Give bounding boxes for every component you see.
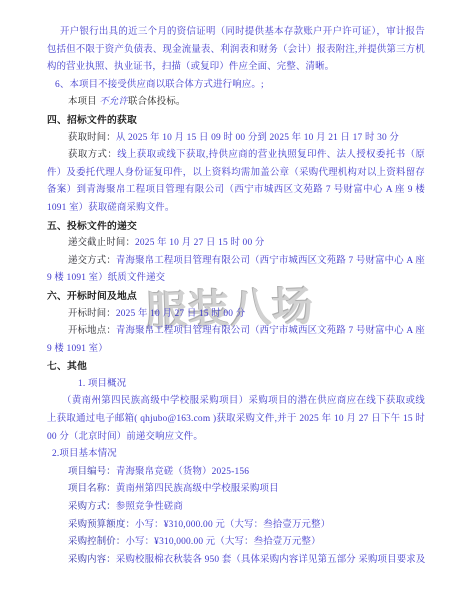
submit-method-label: 递交方式： <box>68 256 116 266</box>
field-procurement-method: 采购方式：参照竞争性磋商 <box>47 499 425 517</box>
project-name-value: 黄南州第四民族高级中学校服采购项目 <box>116 484 279 494</box>
field-project-name: 项目名称：黄南州第四民族高级中学校服采购项目 <box>47 481 425 499</box>
control-price-value: 小写：¥310,000.00 元（大写：叁拾壹万元整） <box>125 537 320 547</box>
open-time-label: 开标时间： <box>68 309 116 319</box>
procurement-method-label: 采购方式： <box>68 502 116 512</box>
project-number-label: 项目编号： <box>68 467 116 477</box>
open-time-value: 2025 年 10 月 27 日 15 时 00 分 <box>116 309 245 319</box>
joint-bid-prefix: 本项目 <box>68 97 97 107</box>
procurement-method-value: 参照竞争性磋商 <box>116 502 183 512</box>
section7-heading: 七、其他 <box>47 358 425 376</box>
deadline-value: 2025 年 10 月 27 日 15 时 00 分 <box>135 238 264 248</box>
obtain-method-label: 获取方式： <box>68 150 117 160</box>
field-control-price: 采购控制价：小写：¥310,000.00 元（大写：叁拾壹万元整） <box>47 534 425 552</box>
section4-heading: 四、招标文件的获取 <box>47 112 425 130</box>
deadline-label: 递交截止时间： <box>68 238 135 248</box>
project-basicinfo-title: 2.项目基本情况 <box>47 446 425 464</box>
obtain-time-label: 获取时间： <box>68 133 116 143</box>
section6-open-place: 开标地点：青海聚帛工程项目管理有限公司（西宁市城西区文苑路 7 号财富中心 A … <box>47 323 425 358</box>
joint-bid-suffix: 联合体投标。 <box>128 97 185 107</box>
document-page: 服装八场 开户银行出具的近三个月的资信证明（同时提供基本存款账户开户许可证），审… <box>0 0 450 600</box>
section5-deadline: 递交截止时间：2025 年 10 月 27 日 15 时 00 分 <box>47 235 425 253</box>
section6-heading: 六、开标时间及地点 <box>47 288 425 306</box>
open-place-label: 开标地点： <box>68 326 116 336</box>
paragraph-no-consortium: 6、本项目不接受供应商以联合体方式进行响应。; <box>47 77 425 95</box>
section4-obtain-method: 获取方式：线上获取或线下获取,持供应商的营业执照复印件、法人授权委托书（原件）及… <box>47 147 425 217</box>
section4-obtain-time: 获取时间：从 2025 年 10 月 15 日 09 时 00 分到 2025 … <box>47 130 425 148</box>
budget-value: 小写：¥310,000.00 元（大写：叁拾壹万元整） <box>135 520 330 530</box>
project-name-label: 项目名称： <box>68 484 116 494</box>
procurement-content-label: 采购内容： <box>68 555 116 565</box>
section5-submit-method: 递交方式：青海聚帛工程项目管理有限公司（西宁市城西区文苑路 7 号财富中心 A … <box>47 253 425 288</box>
project-overview-title: 1. 项目概况 <box>47 376 425 394</box>
field-project-number: 项目编号：青海聚帛竞磋（货物）2025-156 <box>47 464 425 482</box>
procurement-content-value: 采购校服棉衣秋装各 950 套（具体采购内容详见第五部分 采购项目要求及技术 <box>116 555 425 565</box>
paragraph-credit-proof: 开户银行出具的近三个月的资信证明（同时提供基本存款账户开户许可证），审计报告包括… <box>47 24 425 77</box>
section6-open-time: 开标时间：2025 年 10 月 27 日 15 时 00 分 <box>47 306 425 324</box>
budget-label: 采购预算额度： <box>68 520 135 530</box>
project-number-value: 青海聚帛竞磋（货物）2025-156 <box>116 467 249 477</box>
field-budget: 采购预算额度：小写：¥310,000.00 元（大写：叁拾壹万元整） <box>47 517 425 535</box>
field-procurement-content: 采购内容：采购校服棉衣秋装各 950 套（具体采购内容详见第五部分 采购项目要求… <box>47 552 425 570</box>
section5-heading: 五、投标文件的递交 <box>47 218 425 236</box>
paragraph-joint-bid: 本项目 不允许联合体投标。 <box>47 94 425 112</box>
project-overview-body: （黄南州第四民族高级中学校服采购项目）采购项目的潜在供应商应在线下获取或线上获取… <box>47 393 425 446</box>
joint-bid-emphasis: 不允许 <box>99 97 128 107</box>
obtain-time-value: 从 2025 年 10 月 15 日 09 时 00 分到 2025 年 10 … <box>116 133 399 143</box>
document-content: 开户银行出具的近三个月的资信证明（同时提供基本存款账户开户许可证），审计报告包括… <box>47 24 425 569</box>
control-price-label: 采购控制价： <box>68 537 125 547</box>
